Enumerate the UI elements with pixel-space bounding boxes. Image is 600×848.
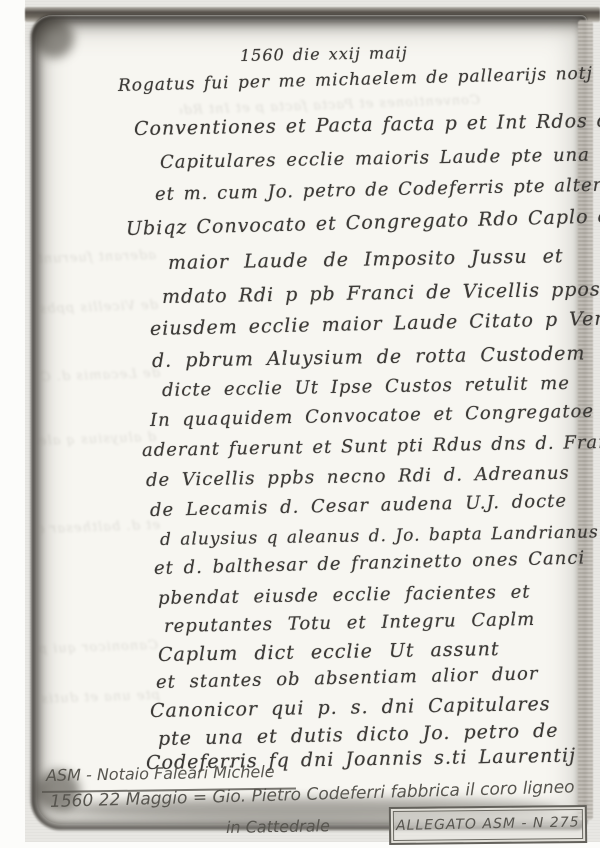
corner-smudge (34, 18, 74, 58)
manuscript-line: 1560 die xxij maij (240, 43, 408, 65)
location-note: in Cattedrale (226, 816, 330, 837)
allegato-stamp-box: ALLEGATO ASM - N 275 (389, 805, 587, 845)
scanned-manuscript-page: Conventiones et Pacta facta p et Int Rdo… (0, 0, 600, 848)
allegato-label: ALLEGATO ASM - N 275 (396, 814, 580, 834)
catalog-note: ASM - Notaio Faleari Michele (46, 762, 275, 785)
